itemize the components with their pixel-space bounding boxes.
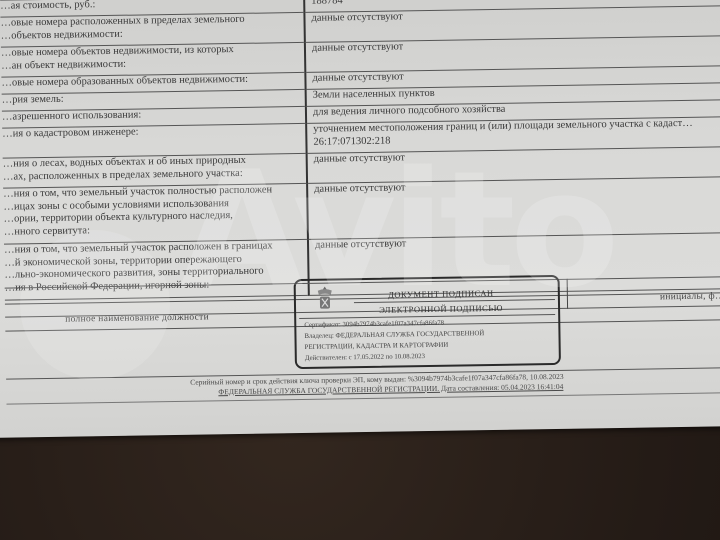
field-label: …овые номера расположенных в пределах зе… (0, 12, 304, 47)
stamp-owner-cont: РЕГИСТРАЦИИ, КАДАСТРА И КАРТОГРАФИИ (305, 342, 449, 351)
stamp-validity: Действителен: с 17.05.2022 по 10.08.2023 (305, 353, 425, 362)
field-label: …ния о лесах, водных объектах и об иных … (3, 153, 307, 188)
divider (567, 279, 568, 309)
electronic-signature-stamp: ДОКУМЕНТ ПОДПИСАН ЭЛЕКТРОННОЙ ПОДПИСЬЮ С… (294, 275, 561, 369)
stamp-certificate: Сертификат: 3094b7974b3cafe1f07a347cfa86… (304, 320, 444, 329)
position-caption: полное наименование должности (65, 312, 209, 324)
initials-caption: инициалы, ф… (660, 291, 720, 302)
field-label: …овые номера объектов недвижимости, из к… (1, 42, 305, 77)
property-info-table: …ая стоимость, руб.:188784…овые номера р… (0, 0, 720, 301)
field-label: …ния о том, что земельный участок полнос… (3, 183, 308, 244)
document-sheet: …ая стоимость, руб.:188784…овые номера р… (0, 0, 720, 438)
field-value: данные отсутствуют (307, 177, 720, 240)
field-label: …ия о кадастровом инженере: (2, 123, 306, 158)
stamp-owner: Владелец: ФЕДЕРАЛЬНАЯ СЛУЖБА ГОСУДАРСТВЕ… (304, 330, 484, 340)
